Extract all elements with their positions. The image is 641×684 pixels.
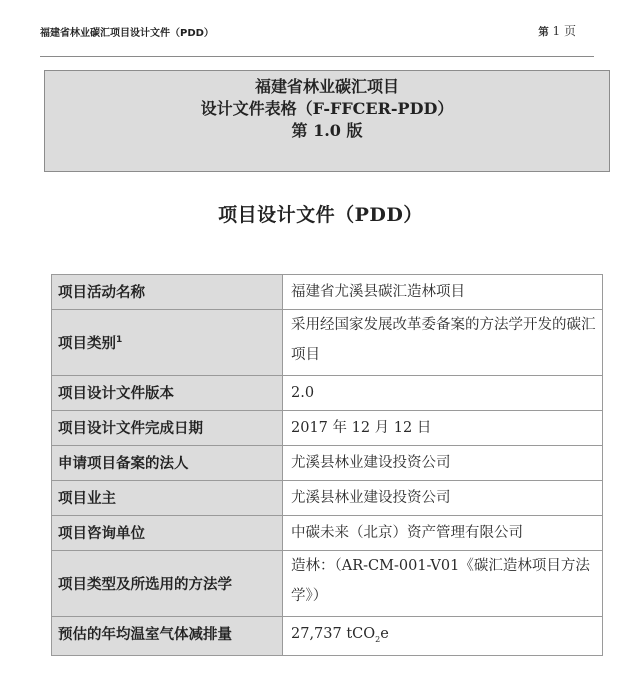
row-label: 申请项目备案的法人 (52, 446, 283, 481)
page-prefix: 第 (538, 26, 549, 38)
table-row: 项目设计文件版本 2.0 (52, 376, 603, 411)
row-label: 项目咨询单位 (52, 516, 283, 551)
table-row: 项目设计文件完成日期 2017 年 12 月 12 日 (52, 411, 603, 446)
form-title-box: 福建省林业碳汇项目 设计文件表格（F-FFCER-PDD） 第 1.0 版 (44, 70, 610, 172)
page-suffix: 页 (564, 24, 576, 38)
row-value: 尤溪县林业建设投资公司 (283, 446, 603, 481)
row-label: 预估的年均温室气体减排量 (52, 617, 283, 656)
table-row: 预估的年均温室气体减排量 27,737 tCO2e (52, 617, 603, 656)
form-version: 第 1.0 版 (45, 120, 609, 142)
table-row: 项目类型及所选用的方法学 造林：（AR-CM-001-V01《碳汇造林项目方法学… (52, 551, 603, 617)
table-row: 项目类别1 采用经国家发展改革委备案的方法学开发的碳汇项目 (52, 310, 603, 376)
row-label: 项目设计文件版本 (52, 376, 283, 411)
form-title-line2: 设计文件表格（F-FFCER-PDD） (45, 98, 609, 120)
page-number: 1 (553, 24, 561, 38)
footnote-marker[interactable]: 1 (116, 335, 122, 345)
table-row: 项目业主 尤溪县林业建设投资公司 (52, 481, 603, 516)
row-value: 27,737 tCO2e (283, 617, 603, 656)
row-value: 福建省尤溪县碳汇造林项目 (283, 275, 603, 310)
row-value: 中碳未来（北京）资产管理有限公司 (283, 516, 603, 551)
row-value: 2.0 (283, 376, 603, 411)
table-row: 项目咨询单位 中碳未来（北京）资产管理有限公司 (52, 516, 603, 551)
header-divider (40, 56, 594, 57)
project-info-table: 项目活动名称 福建省尤溪县碳汇造林项目 项目类别1 采用经国家发展改革委备案的方… (51, 274, 603, 656)
header-document-title: 福建省林业碳汇项目设计文件（PDD） (40, 24, 214, 39)
row-label: 项目类别1 (52, 310, 283, 376)
document-heading: 项目设计文件（PDD） (0, 200, 641, 227)
emission-value: 27,737 tCO (291, 626, 375, 642)
row-label: 项目业主 (52, 481, 283, 516)
table-row: 项目活动名称 福建省尤溪县碳汇造林项目 (52, 275, 603, 310)
form-title-line1: 福建省林业碳汇项目 (45, 76, 609, 98)
header-page-number: 第 1 页 (538, 22, 576, 39)
row-label: 项目活动名称 (52, 275, 283, 310)
emission-unit-tail: e (380, 626, 389, 642)
row-label: 项目类型及所选用的方法学 (52, 551, 283, 617)
row-label: 项目设计文件完成日期 (52, 411, 283, 446)
row-label-text: 项目类别 (58, 336, 116, 352)
table-row: 申请项目备案的法人 尤溪县林业建设投资公司 (52, 446, 603, 481)
row-value: 2017 年 12 月 12 日 (283, 411, 603, 446)
page-header: 福建省林业碳汇项目设计文件（PDD） 第 1 页 (40, 22, 596, 42)
row-value: 采用经国家发展改革委备案的方法学开发的碳汇项目 (283, 310, 603, 376)
row-value: 尤溪县林业建设投资公司 (283, 481, 603, 516)
row-value: 造林：（AR-CM-001-V01《碳汇造林项目方法学》） (283, 551, 603, 617)
